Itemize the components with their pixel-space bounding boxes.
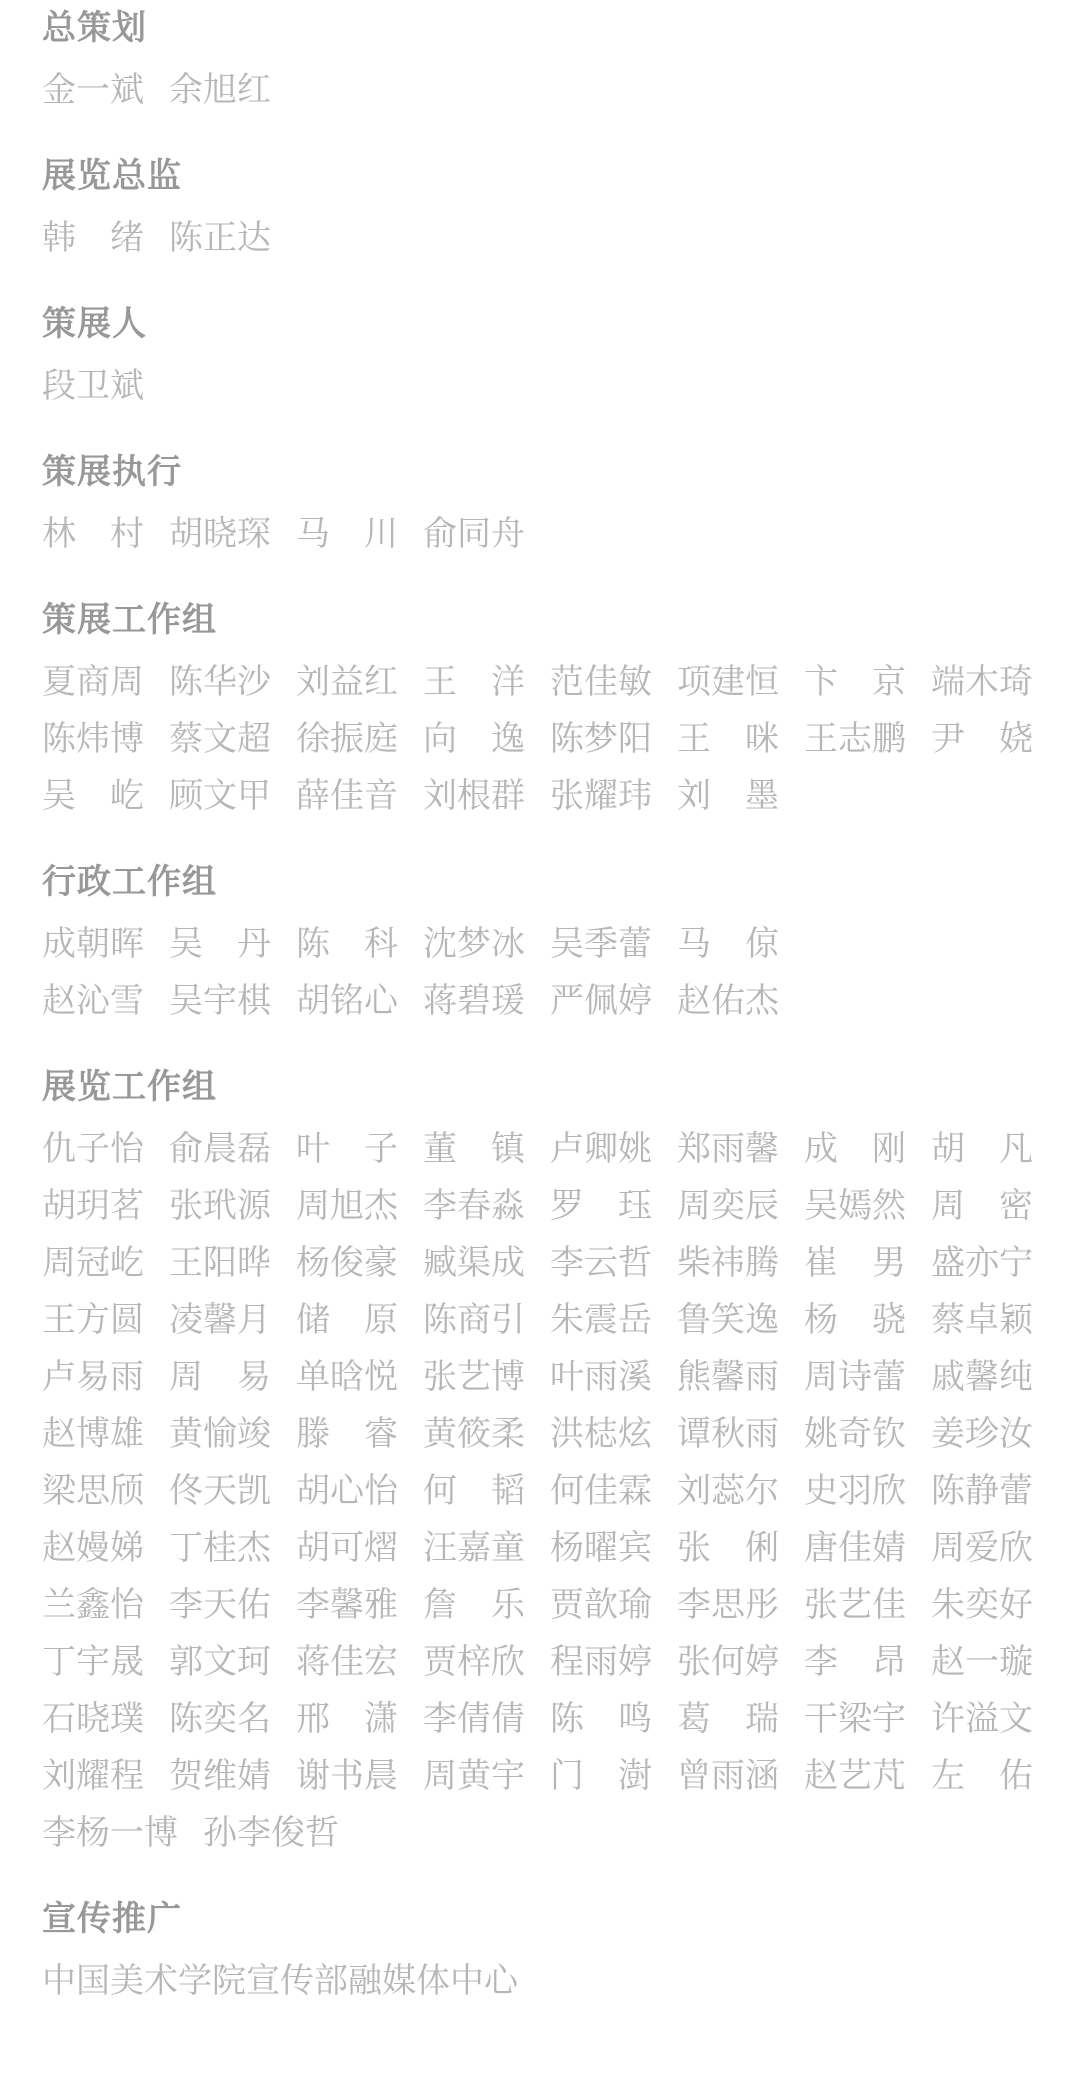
person-name: 严佩婷: [550, 983, 652, 1019]
person-name: 杨俊豪: [296, 1245, 398, 1281]
names-row: 成朝晖吴 丹陈 科沈梦冰吴季蕾马 倞: [42, 926, 1038, 962]
names-row: 石晓璞陈奕名邢 潇李倩倩陈 鸣葛 瑞干梁宇许溢文: [42, 1701, 1038, 1737]
person-name: 贾梓欣: [423, 1644, 525, 1680]
person-name: 周爱欣: [931, 1530, 1033, 1566]
person-name: 陈 鸣: [550, 1701, 652, 1737]
names-row: 卢易雨周 易单晗悦张艺博叶雨溪熊馨雨周诗蕾戚馨纯: [42, 1359, 1038, 1395]
person-name: 李天佑: [169, 1587, 271, 1623]
person-name: 左 佑: [931, 1758, 1033, 1794]
person-name: 李杨一博: [42, 1815, 178, 1851]
person-name: 石晓璞: [42, 1701, 144, 1737]
person-name: 刘根群: [423, 778, 525, 814]
person-name: 周黄宇: [423, 1758, 525, 1794]
person-name: 周诗蕾: [804, 1359, 906, 1395]
section-title: 策展执行: [42, 454, 1038, 490]
person-name: 张耀玮: [550, 778, 652, 814]
person-name: 胡心怡: [296, 1473, 398, 1509]
person-name: 盛亦宁: [931, 1245, 1033, 1281]
person-name: 李思彤: [677, 1587, 779, 1623]
person-name: 丁宇晟: [42, 1644, 144, 1680]
person-name: 王 洋: [423, 664, 525, 700]
person-name: 许溢文: [931, 1701, 1033, 1737]
person-name: 周冠屹: [42, 1245, 144, 1281]
person-name: 兰鑫怡: [42, 1587, 144, 1623]
person-name: 陈梦阳: [550, 721, 652, 757]
person-name: 徐振庭: [296, 721, 398, 757]
person-name: 吴季蕾: [550, 926, 652, 962]
person-name: 蔡文超: [169, 721, 271, 757]
person-name: 王阳晔: [169, 1245, 271, 1281]
person-name: 赵博雄: [42, 1416, 144, 1452]
person-name: 詹 乐: [423, 1587, 525, 1623]
person-name: 王方圆: [42, 1302, 144, 1338]
names-row: 仇子怡俞晨磊叶 子董 镇卢卿姚郑雨馨成 刚胡 凡: [42, 1131, 1038, 1167]
person-name: 刘蕊尔: [677, 1473, 779, 1509]
names-row: 夏商周陈华沙刘益红王 洋范佳敏项建恒卞 京端木琦: [42, 664, 1038, 700]
person-name: 赵嫚娣: [42, 1530, 144, 1566]
person-name: 叶雨溪: [550, 1359, 652, 1395]
person-name: 黄筱柔: [423, 1416, 525, 1452]
names-row: 王方圆凌馨月储 原陈商引朱震岳鲁笑逸杨 骁蔡卓颖: [42, 1302, 1038, 1338]
credits-section-7: 展览工作组仇子怡俞晨磊叶 子董 镇卢卿姚郑雨馨成 刚胡 凡胡玥茗张玳源周旭杰李春…: [42, 1069, 1038, 1851]
person-name: 干梁宇: [804, 1701, 906, 1737]
person-name: 杨曜宾: [550, 1530, 652, 1566]
person-name: 蒋佳宏: [296, 1644, 398, 1680]
person-name: 俞晨磊: [169, 1131, 271, 1167]
person-name: 李倩倩: [423, 1701, 525, 1737]
person-name: 谢书晨: [296, 1758, 398, 1794]
credits-page: 总策划金一斌余旭红展览总监韩 绪陈正达策展人段卫斌策展执行林 村胡晓琛马 川俞同…: [42, 10, 1038, 1999]
person-name: 段卫斌: [42, 368, 144, 404]
names-row: 赵嫚娣丁桂杰胡可熠汪嘉童杨曜宾张 俐唐佳婧周爱欣: [42, 1530, 1038, 1566]
credits-section-5: 策展工作组夏商周陈华沙刘益红王 洋范佳敏项建恒卞 京端木琦陈炜博蔡文超徐振庭向 …: [42, 602, 1038, 814]
person-name: 姚奇钦: [804, 1416, 906, 1452]
person-name: 范佳敏: [550, 664, 652, 700]
person-name: 胡玥茗: [42, 1188, 144, 1224]
person-name: 熊馨雨: [677, 1359, 779, 1395]
names-row: 丁宇晟郭文珂蒋佳宏贾梓欣程雨婷张何婷李 昂赵一璇: [42, 1644, 1038, 1680]
person-name: 胡 凡: [931, 1131, 1033, 1167]
credits-section-1: 总策划金一斌余旭红: [42, 10, 1038, 108]
person-name: 沈梦冰: [423, 926, 525, 962]
names-row: 周冠屹王阳晔杨俊豪臧渠成李云哲柴祎腾崔 男盛亦宁: [42, 1245, 1038, 1281]
person-name: 朱震岳: [550, 1302, 652, 1338]
person-name: 柴祎腾: [677, 1245, 779, 1281]
person-name: 罗 珏: [550, 1188, 652, 1224]
person-name: 韩 绪: [42, 220, 144, 256]
person-name: 吴 屹: [42, 778, 144, 814]
section-title: 展览工作组: [42, 1069, 1038, 1105]
section-title: 策展人: [42, 306, 1038, 342]
person-name: 端木琦: [931, 664, 1033, 700]
person-name: 门 澍: [550, 1758, 652, 1794]
names-row: 赵博雄黄愉竣滕 睿黄筱柔洪梽炫谭秋雨姚奇钦姜珍汝: [42, 1416, 1038, 1452]
person-name: 单晗悦: [296, 1359, 398, 1395]
person-name: 夏商周: [42, 664, 144, 700]
person-name: 胡可熠: [296, 1530, 398, 1566]
person-name: 崔 男: [804, 1245, 906, 1281]
person-name: 成 刚: [804, 1131, 906, 1167]
person-name: 项建恒: [677, 664, 779, 700]
person-name: 吴 丹: [169, 926, 271, 962]
person-name: 陈正达: [169, 220, 271, 256]
person-name: 李云哲: [550, 1245, 652, 1281]
person-name: 李馨雅: [296, 1587, 398, 1623]
person-name: 周奕辰: [677, 1188, 779, 1224]
person-name: 唐佳婧: [804, 1530, 906, 1566]
person-name: 陈奕名: [169, 1701, 271, 1737]
person-name: 俞同舟: [423, 516, 525, 552]
person-name: 吴宇棋: [169, 983, 271, 1019]
person-name: 刘 墨: [677, 778, 779, 814]
person-name: 贾歆瑜: [550, 1587, 652, 1623]
person-name: 胡铭心: [296, 983, 398, 1019]
person-name: 蒋碧瑗: [423, 983, 525, 1019]
person-name: 蔡卓颖: [931, 1302, 1033, 1338]
person-name: 董 镇: [423, 1131, 525, 1167]
person-name: 向 逸: [423, 721, 525, 757]
person-name: 胡晓琛: [169, 516, 271, 552]
names-row: 中国美术学院宣传部融媒体中心: [42, 1963, 1038, 1999]
person-name: 成朝晖: [42, 926, 144, 962]
person-name: 王志鹏: [804, 721, 906, 757]
names-row: 林 村胡晓琛马 川俞同舟: [42, 516, 1038, 552]
person-name: 史羽欣: [804, 1473, 906, 1509]
person-name: 刘益红: [296, 664, 398, 700]
section-title: 总策划: [42, 10, 1038, 46]
names-row: 金一斌余旭红: [42, 72, 1038, 108]
person-name: 郭文珂: [169, 1644, 271, 1680]
person-name: 孙李俊哲: [203, 1815, 339, 1851]
person-name: 李春淼: [423, 1188, 525, 1224]
person-name: 李 昂: [804, 1644, 906, 1680]
person-name: 何佳霖: [550, 1473, 652, 1509]
names-row: 吴 屹顾文甲薛佳音刘根群张耀玮刘 墨: [42, 778, 1038, 814]
names-row: 赵沁雪吴宇棋胡铭心蒋碧瑗严佩婷赵佑杰: [42, 983, 1038, 1019]
names-row: 胡玥茗张玳源周旭杰李春淼罗 珏周奕辰吴嫣然周 密: [42, 1188, 1038, 1224]
section-title: 策展工作组: [42, 602, 1038, 638]
person-name: 赵沁雪: [42, 983, 144, 1019]
person-name: 顾文甲: [169, 778, 271, 814]
names-row: 陈炜博蔡文超徐振庭向 逸陈梦阳王 咪王志鹏尹 娆: [42, 721, 1038, 757]
credits-section-8: 宣传推广中国美术学院宣传部融媒体中心: [42, 1901, 1038, 1999]
names-row: 李杨一博孙李俊哲: [42, 1815, 1038, 1851]
credits-section-3: 策展人段卫斌: [42, 306, 1038, 404]
person-name: 周 易: [169, 1359, 271, 1395]
person-name: 汪嘉童: [423, 1530, 525, 1566]
person-name: 臧渠成: [423, 1245, 525, 1281]
person-name: 金一斌: [42, 72, 144, 108]
person-name: 卢易雨: [42, 1359, 144, 1395]
person-name: 梁思颀: [42, 1473, 144, 1509]
person-name: 张艺博: [423, 1359, 525, 1395]
credits-section-4: 策展执行林 村胡晓琛马 川俞同舟: [42, 454, 1038, 552]
person-name: 郑雨馨: [677, 1131, 779, 1167]
section-title: 行政工作组: [42, 864, 1038, 900]
person-name: 邢 潇: [296, 1701, 398, 1737]
person-name: 赵一璇: [931, 1644, 1033, 1680]
person-name: 陈 科: [296, 926, 398, 962]
person-name: 储 原: [296, 1302, 398, 1338]
credits-section-6: 行政工作组成朝晖吴 丹陈 科沈梦冰吴季蕾马 倞赵沁雪吴宇棋胡铭心蒋碧瑗严佩婷赵佑…: [42, 864, 1038, 1019]
person-name: 佟天凯: [169, 1473, 271, 1509]
person-name: 张 俐: [677, 1530, 779, 1566]
person-name: 曾雨涵: [677, 1758, 779, 1794]
person-name: 叶 子: [296, 1131, 398, 1167]
person-name: 赵艺芃: [804, 1758, 906, 1794]
person-name: 鲁笑逸: [677, 1302, 779, 1338]
person-name: 黄愉竣: [169, 1416, 271, 1452]
person-name: 洪梽炫: [550, 1416, 652, 1452]
person-name: 葛 瑞: [677, 1701, 779, 1737]
section-title: 展览总监: [42, 158, 1038, 194]
names-row: 兰鑫怡李天佑李馨雅詹 乐贾歆瑜李思彤张艺佳朱奕好: [42, 1587, 1038, 1623]
names-row: 韩 绪陈正达: [42, 220, 1038, 256]
person-name: 刘耀程: [42, 1758, 144, 1794]
person-name: 谭秋雨: [677, 1416, 779, 1452]
person-name: 卢卿姚: [550, 1131, 652, 1167]
credits-section-2: 展览总监韩 绪陈正达: [42, 158, 1038, 256]
names-row: 刘耀程贺维婧谢书晨周黄宇门 澍曾雨涵赵艺芃左 佑: [42, 1758, 1038, 1794]
person-name: 张艺佳: [804, 1587, 906, 1623]
person-name: 吴嫣然: [804, 1188, 906, 1224]
person-name: 程雨婷: [550, 1644, 652, 1680]
person-name: 杨 骁: [804, 1302, 906, 1338]
person-name: 周旭杰: [296, 1188, 398, 1224]
person-name: 仇子怡: [42, 1131, 144, 1167]
person-name: 滕 睿: [296, 1416, 398, 1452]
names-row: 段卫斌: [42, 368, 1038, 404]
person-name: 张玳源: [169, 1188, 271, 1224]
person-name: 戚馨纯: [931, 1359, 1033, 1395]
person-name: 卞 京: [804, 664, 906, 700]
person-name: 凌馨月: [169, 1302, 271, 1338]
person-name: 薛佳音: [296, 778, 398, 814]
section-title: 宣传推广: [42, 1901, 1038, 1937]
person-name: 林 村: [42, 516, 144, 552]
person-name: 马 倞: [677, 926, 779, 962]
person-name: 何 韬: [423, 1473, 525, 1509]
person-name: 姜珍汝: [931, 1416, 1033, 1452]
person-name: 朱奕好: [931, 1587, 1033, 1623]
person-name: 陈炜博: [42, 721, 144, 757]
person-name: 陈商引: [423, 1302, 525, 1338]
person-name: 余旭红: [169, 72, 271, 108]
person-name: 贺维婧: [169, 1758, 271, 1794]
person-name: 中国美术学院宣传部融媒体中心: [42, 1963, 518, 1999]
person-name: 张何婷: [677, 1644, 779, 1680]
person-name: 周 密: [931, 1188, 1033, 1224]
person-name: 马 川: [296, 516, 398, 552]
person-name: 王 咪: [677, 721, 779, 757]
person-name: 陈静蕾: [931, 1473, 1033, 1509]
person-name: 尹 娆: [931, 721, 1033, 757]
person-name: 赵佑杰: [677, 983, 779, 1019]
person-name: 陈华沙: [169, 664, 271, 700]
person-name: 丁桂杰: [169, 1530, 271, 1566]
names-row: 梁思颀佟天凯胡心怡何 韬何佳霖刘蕊尔史羽欣陈静蕾: [42, 1473, 1038, 1509]
